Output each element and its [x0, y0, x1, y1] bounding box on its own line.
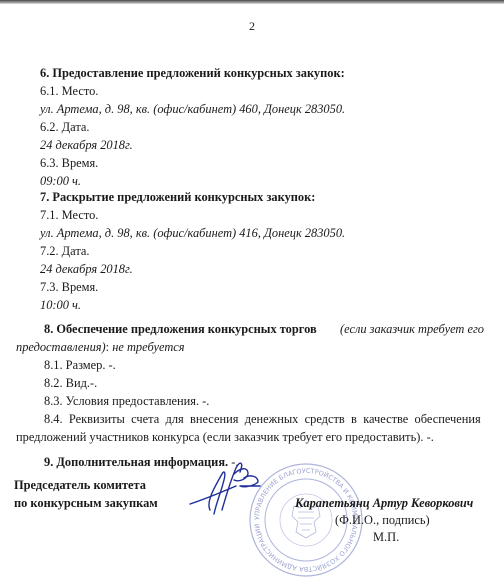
section8-heading-note: (если заказчик требует его [340, 322, 484, 337]
section8-item3: 8.3. Условия предоставления. -. [44, 394, 209, 409]
section8-heading: 8. Обеспечение предложения конкурсных то… [44, 322, 317, 337]
section6-item1-label: 6.1. Место. [40, 84, 98, 99]
section7-heading: 7. Раскрытие предложений конкурсных заку… [40, 190, 315, 205]
section7-item1-label: 7.1. Место. [40, 208, 98, 223]
signatory-position-line2: по конкурсным закупкам [14, 496, 158, 511]
handwritten-signature-icon [188, 452, 278, 522]
section6-item1-value: ул. Артема, д. 98, кв. (офис/кабинет) 46… [40, 102, 345, 117]
section7-item2-label: 7.2. Дата. [40, 244, 89, 259]
section7-item3-value: 10:00 ч. [40, 298, 81, 313]
section7-item3-label: 7.3. Время. [40, 280, 98, 295]
section7-item2-value: 24 декабря 2018г. [40, 262, 133, 277]
section8-heading-note-cont: предоставления) [16, 340, 106, 354]
section6-item3-label: 6.3. Время. [40, 156, 98, 171]
signatory-name: Карапетьянц Артур Кеворкович [295, 496, 473, 511]
section8-item4-text: 8.4. Реквизиты счета для внесения денежн… [44, 412, 481, 427]
section6-item2-label: 6.2. Дата. [40, 120, 89, 135]
section8-item4-line2: предложений участников конкурса (если за… [16, 430, 434, 445]
page-number: 2 [0, 19, 504, 34]
section7-item1-value: ул. Артема, д. 98, кв. (офис/кабинет) 41… [40, 226, 345, 241]
section8-item4-line1: 8.4. Реквизиты счета для внесения денежн… [44, 412, 484, 427]
signatory-position-line1: Председатель комитета [14, 478, 146, 493]
section8-heading-line2: предоставления): не требуется [16, 340, 185, 355]
seal-label: М.П. [373, 530, 399, 545]
section6-item3-value: 09:00 ч. [40, 174, 81, 189]
section8-heading-value: не требуется [112, 340, 184, 354]
section8-heading-line1: 8. Обеспечение предложения конкурсных то… [44, 322, 484, 337]
page-top-edge [0, 0, 504, 4]
section8-item1: 8.1. Размер. -. [44, 358, 116, 373]
section8-item2: 8.2. Вид.-. [44, 376, 97, 391]
signatory-caption: (Ф.И.О., подпись) [335, 513, 430, 528]
section6-item2-value: 24 декабря 2018г. [40, 138, 133, 153]
section6-heading: 6. Предоставление предложений конкурсных… [40, 66, 345, 81]
